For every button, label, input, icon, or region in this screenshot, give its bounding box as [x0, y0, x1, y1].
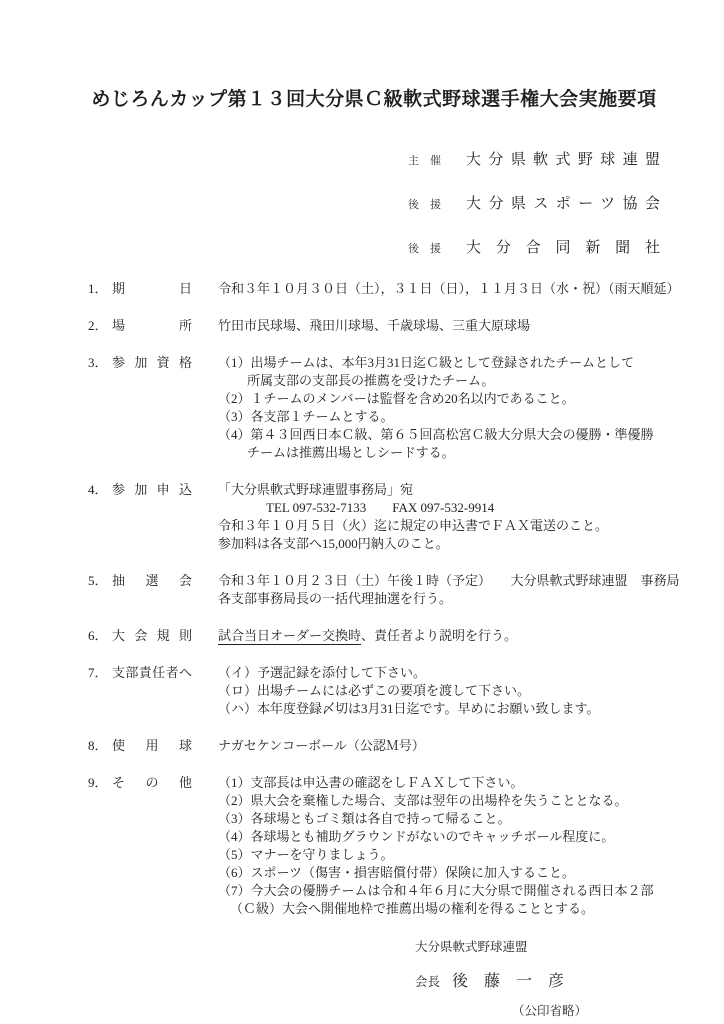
section-heading: 1． 期日 — [88, 280, 218, 298]
text-line: 令和３年１０月５日（火）迄に規定の申込書でＦＡＸ電送のこと。 — [218, 517, 660, 535]
section-label: 支部責任者へ — [112, 664, 192, 718]
section-branch-managers: 7． 支部責任者へ （イ）予選記録を添付して下さい。 （ロ）出場チームには必ずこ… — [88, 664, 660, 718]
text-line: 所属支部の支部長の推薦を受けたチーム。 — [218, 372, 660, 390]
text-line: （Ｃ級）大会へ開催地枠で推薦出場の権利を得ることとする。 — [218, 900, 660, 918]
sponsor-row-organizer: 主 催 大分県軟式野球連盟 — [408, 148, 660, 169]
section-heading: 5． 抽選会 — [88, 572, 218, 608]
section-body: 令和３年１０月３０日（土），３１日（日），１１月３日（水・祝）（雨天順延） — [218, 280, 660, 298]
text-line: チームは推薦出場としシードする。 — [218, 444, 660, 462]
section-ball: 8． 使用球 ナガセケンコーボール（公認Ｍ号） — [88, 737, 660, 755]
text-line: （2）県大会を棄権した場合、支部は翌年の出場枠を失うこととなる。 — [218, 792, 660, 810]
section-venue: 2． 場所 竹田市民球場、飛田川球場、千歳球場、三重大原球場 — [88, 317, 660, 335]
section-eligibility: 3． 参加資格 （1）出場チームは、本年3月31日迄Ｃ級として登録されたチームと… — [88, 354, 660, 462]
section-body: 試合当日オーダー交換時、責任者より説明を行う。 — [218, 627, 660, 645]
sponsor-row-supporter-1: 後 援 大分県スポーツ協会 — [408, 192, 660, 213]
sponsor-org-name: 大分県軟式野球連盟 — [466, 148, 660, 169]
text-rest: 、責任者より説明を行う。 — [361, 628, 517, 643]
text-line: 参加料は各支部へ15,000円納入のこと。 — [218, 535, 660, 553]
section-heading: 4． 参加申込 — [88, 481, 218, 553]
section-list: 1． 期日 令和３年１０月３０日（土），３１日（日），１１月３日（水・祝）（雨天… — [88, 280, 660, 918]
text-line: （4）各球場とも補助グラウンドがないのでキャッチボール程度に。 — [218, 828, 660, 846]
sponsor-row-supporter-2: 後 援 大分合同新聞社 — [408, 236, 660, 257]
section-heading: 3． 参加資格 — [88, 354, 218, 462]
section-body: （1）支部長は申込書の確認をしＦＡＸして下さい。 （2）県大会を棄権した場合、支… — [218, 774, 660, 918]
underlined-text: 試合当日オーダー交換時 — [218, 628, 361, 645]
document-page: めじろんカップ第１３回大分県Ｃ級軟式野球選手権大会実施要項 主 催 大分県軟式野… — [0, 0, 724, 1024]
text-line: （4）第４３回西日本Ｃ級、第６５回高松宮Ｃ級大分県大会の優勝・準優勝 — [218, 426, 660, 444]
section-label: その他 — [112, 774, 192, 918]
signature-name: 後 藤 一 彦 — [452, 968, 564, 991]
section-number: 6． — [88, 627, 112, 645]
text-line: ナガセケンコーボール（公認Ｍ号） — [218, 737, 660, 755]
section-label: 大会規則 — [112, 627, 192, 645]
section-number: 5． — [88, 572, 112, 608]
text-line: （イ）予選記録を添付して下さい。 — [218, 664, 660, 682]
text-line: （ロ）出場チームには必ずこの要項を渡して下さい。 — [218, 682, 660, 700]
section-number: 4． — [88, 481, 112, 553]
text-line: 竹田市民球場、飛田川球場、千歳球場、三重大原球場 — [218, 317, 660, 335]
tel-fax-line: TEL 097-532-7133 FAX 097-532-9914 — [218, 499, 660, 517]
sponsor-role-label: 主 催 — [408, 152, 444, 168]
section-heading: 2． 場所 — [88, 317, 218, 335]
section-rules: 6． 大会規則 試合当日オーダー交換時、責任者より説明を行う。 — [88, 627, 660, 645]
text-line: 令和３年１０月３０日（土），３１日（日），１１月３日（水・祝）（雨天順延） — [218, 280, 660, 298]
section-number: 2． — [88, 317, 112, 335]
text-line: （5）マナーを守りましょう。 — [218, 846, 660, 864]
section-lottery: 5． 抽選会 令和３年１０月２３日（土）午後１時（予定） 大分県軟式野球連盟 事… — [88, 572, 660, 608]
sponsor-block: 主 催 大分県軟式野球連盟 後 援 大分県スポーツ協会 後 援 大分合同新聞社 — [408, 148, 660, 257]
text-line: 試合当日オーダー交換時、責任者より説明を行う。 — [218, 627, 660, 645]
text-line: （3）各支部１チームとする。 — [218, 408, 660, 426]
text-line: 各支部事務局長の一括代理抽選を行う。 — [218, 590, 660, 608]
text-line: （2）１チームのメンバーは監督を含め20名以内であること。 — [218, 390, 660, 408]
signature-line: 会長 後 藤 一 彦 — [415, 968, 660, 991]
section-number: 9． — [88, 774, 112, 918]
text-line: （6）スポーツ（傷害・損害賠償付帯）保険に加入すること。 — [218, 864, 660, 882]
section-label: 抽選会 — [112, 572, 192, 608]
section-heading: 9． その他 — [88, 774, 218, 918]
signature-organization: 大分県軟式野球連盟 — [415, 937, 660, 955]
section-body: 竹田市民球場、飛田川球場、千歳球場、三重大原球場 — [218, 317, 660, 335]
text-line: （3）各球場ともゴミ類は各自で持って帰ること。 — [218, 810, 660, 828]
section-heading: 7． 支部責任者へ — [88, 664, 218, 718]
section-body: 令和３年１０月２３日（土）午後１時（予定） 大分県軟式野球連盟 事務局 各支部事… — [218, 572, 660, 608]
text-line: （1）出場チームは、本年3月31日迄Ｃ級として登録されたチームとして — [218, 354, 660, 372]
section-label: 期日 — [112, 280, 192, 298]
text-line: 「大分県軟式野球連盟事務局」宛 — [218, 481, 660, 499]
section-heading: 8． 使用球 — [88, 737, 218, 755]
section-other: 9． その他 （1）支部長は申込書の確認をしＦＡＸして下さい。 （2）県大会を棄… — [88, 774, 660, 918]
section-number: 7． — [88, 664, 112, 718]
section-body: 「大分県軟式野球連盟事務局」宛 TEL 097-532-7133 FAX 097… — [218, 481, 660, 553]
signature-role: 会長 — [415, 972, 440, 990]
sponsor-role-label: 後 援 — [408, 240, 444, 256]
sponsor-role-label: 後 援 — [408, 196, 444, 212]
section-date: 1． 期日 令和３年１０月３０日（土），３１日（日），１１月３日（水・祝）（雨天… — [88, 280, 660, 298]
text-line: 令和３年１０月２３日（土）午後１時（予定） 大分県軟式野球連盟 事務局 — [218, 572, 660, 590]
section-label: 使用球 — [112, 737, 192, 755]
section-heading: 6． 大会規則 — [88, 627, 218, 645]
section-number: 1． — [88, 280, 112, 298]
section-number: 3． — [88, 354, 112, 462]
text-line: （1）支部長は申込書の確認をしＦＡＸして下さい。 — [218, 774, 660, 792]
sponsor-org-name: 大分合同新聞社 — [466, 236, 660, 257]
seal-omitted-note: （公印省略） — [512, 1001, 660, 1019]
section-number: 8． — [88, 737, 112, 755]
section-body: （1）出場チームは、本年3月31日迄Ｃ級として登録されたチームとして 所属支部の… — [218, 354, 660, 462]
section-body: ナガセケンコーボール（公認Ｍ号） — [218, 737, 660, 755]
text-line: （ハ）本年度登録〆切は3月31日迄です。早めにお願い致します。 — [218, 700, 660, 718]
text-line: （7）今大会の優勝チームは令和４年６月に大分県で開催される西日本２部 — [218, 882, 660, 900]
sponsor-org-name: 大分県スポーツ協会 — [466, 192, 660, 213]
section-label: 場所 — [112, 317, 192, 335]
signature-block: 大分県軟式野球連盟 会長 後 藤 一 彦 （公印省略） — [415, 937, 660, 1019]
section-body: （イ）予選記録を添付して下さい。 （ロ）出場チームには必ずこの要項を渡して下さい… — [218, 664, 660, 718]
section-application: 4． 参加申込 「大分県軟式野球連盟事務局」宛 TEL 097-532-7133… — [88, 481, 660, 553]
section-label: 参加資格 — [112, 354, 192, 462]
section-label: 参加申込 — [112, 481, 192, 553]
page-title: めじろんカップ第１３回大分県Ｃ級軟式野球選手権大会実施要項 — [88, 84, 660, 111]
